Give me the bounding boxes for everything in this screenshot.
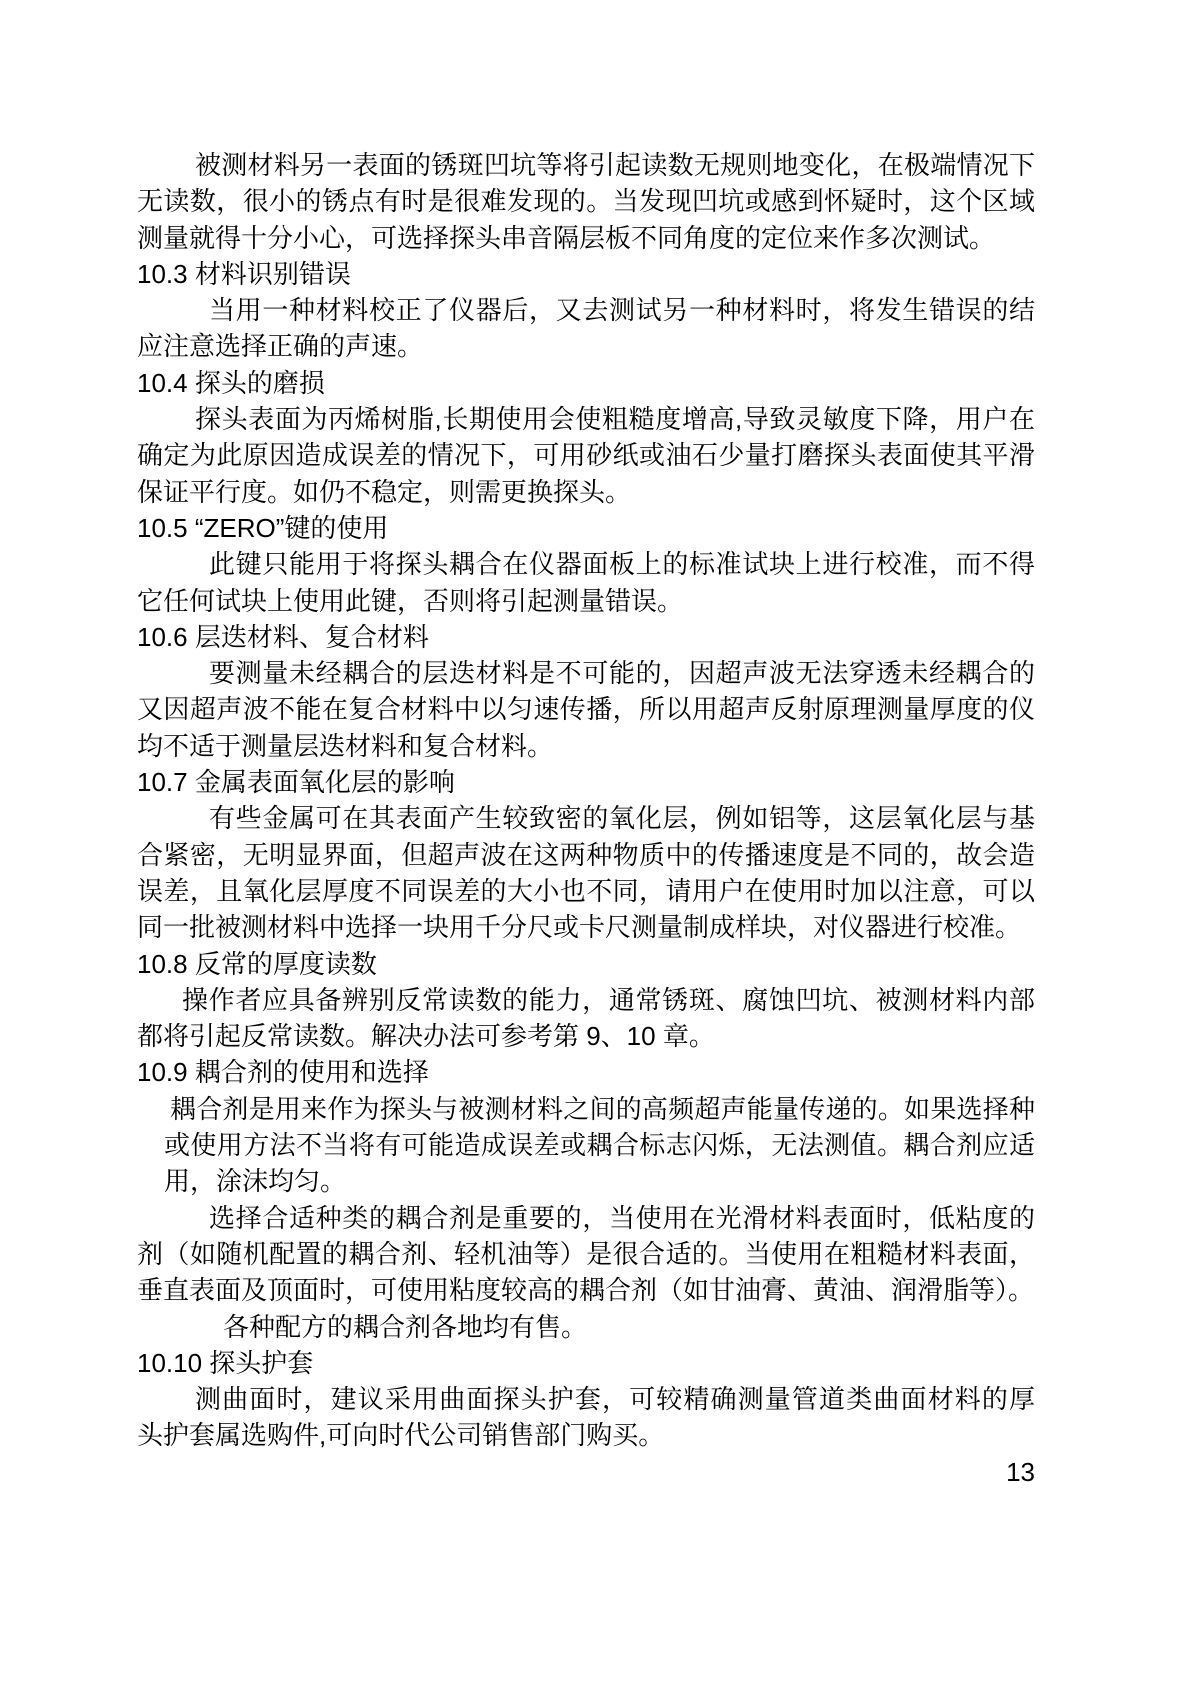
paragraph-line: 保证平行度。如仍不稳定，则需更换探头。 xyxy=(137,474,1035,510)
paragraph-line: 无读数，很小的锈点有时是很难发现的。当发现凹坑或感到怀疑时，这个区域的 xyxy=(137,183,1035,219)
paragraph-line: 测曲面时，建议采用曲面探头护套，可较精确测量管道类曲面材料的厚度，探 xyxy=(137,1381,1035,1417)
section-heading: 10.7 金属表面氧化层的影响 xyxy=(137,764,1035,800)
paragraph-line: 或使用方法不当将有可能造成误差或耦合标志闪烁，无法测值。耦合剂应适量使 xyxy=(137,1127,1035,1163)
paragraph-line: 被测材料另一表面的锈斑凹坑等将引起读数无规则地变化，在极端情况下甚至 xyxy=(137,147,1035,183)
paragraph-line: 当用一种材料校正了仪器后，又去测试另一种材料时，将发生错误的结果， xyxy=(137,292,1035,328)
paragraph-line: 它任何试块上使用此键，否则将引起测量错误。 xyxy=(137,583,1035,619)
paragraph-line: 头护套属选购件,可向时代公司销售部门购买。 xyxy=(137,1417,1035,1453)
section-heading: 10.8 反常的厚度读数 xyxy=(137,946,1035,982)
section-heading: 10.4 探头的磨损 xyxy=(137,365,1035,401)
paragraph-line: 探头表面为丙烯树脂,长期使用会使粗糙度增高,导致灵敏度下降，用户在可以 xyxy=(137,401,1035,437)
paragraph-line: 选择合适种类的耦合剂是重要的，当使用在光滑材料表面时，低粘度的耦合 xyxy=(137,1200,1035,1236)
paragraph-line: 各种配方的耦合剂各地均有售。 xyxy=(137,1309,1035,1345)
paragraph-line: 均不适于测量层迭材料和复合材料。 xyxy=(137,728,1035,764)
section-heading: 10.6 层迭材料、复合材料 xyxy=(137,619,1035,655)
paragraph-line: 有些金属可在其表面产生较致密的氧化层，例如铝等，这层氧化层与基体间结 xyxy=(137,800,1035,836)
document-body: 被测材料另一表面的锈斑凹坑等将引起读数无规则地变化，在极端情况下甚至无读数，很小… xyxy=(137,147,1035,1490)
paragraph-line: 用，涂沫均匀。 xyxy=(137,1163,1035,1199)
paragraph-line: 测量就得十分小心，可选择探头串音隔层板不同角度的定位来作多次测试。 xyxy=(137,220,1035,256)
paragraph-line: 合紧密，无明显界面，但超声波在这两种物质中的传播速度是不同的，故会造成 xyxy=(137,837,1035,873)
paragraph-line: 耦合剂是用来作为探头与被测材料之间的高频超声能量传递的。如果选择种类 xyxy=(137,1091,1035,1127)
paragraph-line: 此键只能用于将探头耦合在仪器面板上的标准试块上进行校准，而不得在其 xyxy=(137,546,1035,582)
paragraph-line: 确定为此原因造成误差的情况下，可用砂纸或油石少量打磨探头表面使其平滑并 xyxy=(137,437,1035,473)
section-heading: 10.9 耦合剂的使用和选择 xyxy=(137,1054,1035,1090)
paragraph-line: 要测量未经耦合的层迭材料是不可能的，因超声波无法穿透未经耦合的空间。 xyxy=(137,655,1035,691)
paragraph-line: 又因超声波不能在复合材料中以匀速传播，所以用超声反射原理测量厚度的仪器 xyxy=(137,691,1035,727)
paragraph-line: 垂直表面及顶面时，可使用粘度较高的耦合剂（如甘油膏、黄油、润滑脂等）。 xyxy=(137,1272,1035,1308)
page-number: 13 xyxy=(137,1454,1035,1490)
paragraph-line: 误差，且氧化层厚度不同误差的大小也不同，请用户在使用时加以注意，可以在 xyxy=(137,873,1035,909)
paragraph-line: 同一批被测材料中选择一块用千分尺或卡尺测量制成样块，对仪器进行校准。 xyxy=(137,909,1035,945)
paragraph-line: 应注意选择正确的声速。 xyxy=(137,328,1035,364)
section-heading: 10.3 材料识别错误 xyxy=(137,256,1035,292)
section-heading: 10.5 “ZERO”键的使用 xyxy=(137,510,1035,546)
paragraph-line: 操作者应具备辨别反常读数的能力，通常锈斑、腐蚀凹坑、被测材料内部缺陷 xyxy=(137,982,1035,1018)
section-heading: 10.10 探头护套 xyxy=(137,1345,1035,1381)
paragraph-line: 都将引起反常读数。解决办法可参考第 9、10 章。 xyxy=(137,1018,1035,1054)
paragraph-line: 剂（如随机配置的耦合剂、轻机油等）是很合适的。当使用在粗糙材料表面，或 xyxy=(137,1236,1035,1272)
